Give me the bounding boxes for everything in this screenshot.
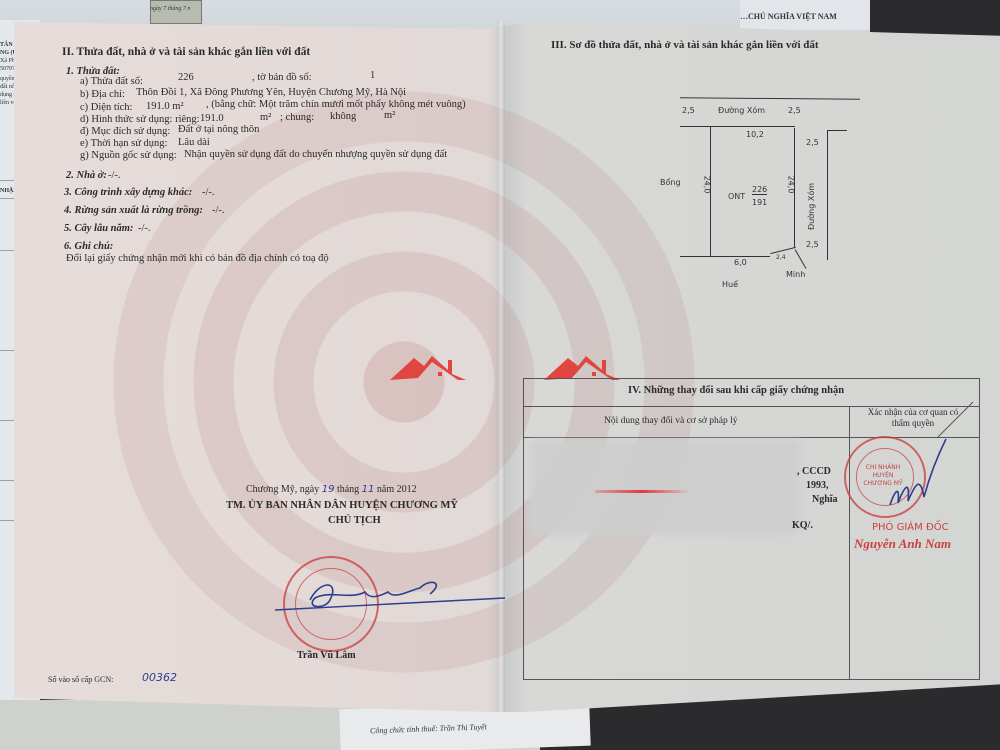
issue-place-date: Chương Mỹ, ngày 19 tháng 11 năm 2012 (246, 484, 417, 496)
paper-stub (150, 0, 202, 24)
month-label: tháng (337, 484, 359, 495)
change-fragment: 1993, (806, 480, 829, 492)
purpose-label: đ) Mục đích sử dụng: (80, 126, 170, 138)
perennial-trees-label: 5. Cây lâu năm: (64, 223, 133, 235)
redacted-area (530, 440, 800, 535)
top-right-header: …CHỦ NGHĨA VIỆT NAM (740, 12, 837, 21)
house-label: 2. Nhà ở: (66, 170, 107, 182)
section2-title: II. Thửa đất, nhà ở và tài sản khác gắn … (62, 46, 310, 58)
strike-line (935, 400, 975, 440)
address-label: b) Địa chỉ: (80, 89, 125, 101)
signature (270, 570, 510, 620)
top-date: ngày 7 tháng 7 n (150, 6, 190, 12)
perennial-trees-value: -/-. (138, 223, 151, 235)
usage-shared-label: ; chung: (280, 112, 314, 124)
section3-title: III. Sơ đồ thửa đất, nhà ở và tài sản kh… (551, 39, 819, 51)
side-road-edge (827, 130, 828, 260)
diagram-parcel-area: 191 (752, 198, 767, 207)
left-edge-length: 24,0 (702, 176, 711, 194)
neighbor-left: Bổng (660, 178, 681, 187)
area-value: 191.0 m² (146, 101, 184, 113)
diagram-parcel-number: 226 (752, 185, 767, 195)
origin-value: Nhận quyền sử dụng đất do chuyển nhượng … (184, 149, 447, 161)
notes-label: 6. Ghi chú: (64, 241, 113, 253)
issue-month: 11 (362, 484, 375, 495)
issue-day: 19 (322, 484, 335, 495)
signer-position: CHỦ TỊCH (328, 515, 381, 527)
changes-column-header: Nội dung thay đổi và cơ sở pháp lý (604, 415, 738, 427)
redaction-mark (595, 490, 690, 493)
confirm-signer: Nguyễn Anh Nam (854, 538, 951, 550)
confirm-position: PHÓ GIÁM ĐỐC (872, 522, 949, 534)
neighbor-bottom: Huế (722, 280, 738, 289)
map-sheet-number: 1 (370, 70, 375, 82)
section4-title: IV. Những thay đổi sau khi cấp giấy chứn… (628, 385, 844, 397)
corner-line (795, 249, 807, 269)
right-edge-length: 24,0 (786, 176, 795, 194)
signer-name: Trần Vũ Lâm (297, 650, 356, 662)
planted-forest-label: 4. Rừng sản xuất là rừng trồng: (64, 205, 203, 217)
change-fragment: , CCCD (797, 466, 831, 478)
parcel-number: 226 (178, 72, 194, 84)
neighbor-bottom-right: Minh (786, 270, 805, 279)
house-roof-icon (388, 352, 468, 382)
issuing-authority: TM. ỦY BAN NHÂN DÂN HUYỆN CHƯƠNG MỸ (226, 500, 458, 512)
address-value: Thôn Đồi 1, Xã Đông Phương Yên, Huyện Ch… (136, 87, 406, 99)
land-use-code: ONT (728, 192, 745, 201)
parcel-diagram: 2,5 Đường Xóm 2,5 10,2 2,5 24,0 24,0 Bổn… (660, 90, 860, 290)
notes-value: Đổi lại giấy chứng nhận mới khi có bản đ… (66, 253, 329, 265)
register-label: Số vào sổ cấp GCN: (48, 674, 113, 686)
term-value: Lâu dài (178, 137, 210, 149)
side-road-label: Đường Xóm (807, 183, 816, 230)
area-label: c) Diện tích: (80, 102, 132, 114)
register-number: 00362 (142, 672, 177, 684)
parcel-bottom-edge (680, 256, 770, 257)
side-road-width-bottom: 2,5 (806, 240, 819, 249)
road-width-label: 2,5 (682, 106, 695, 115)
other-construction-value: -/-. (202, 187, 215, 199)
top-road-label: Đường Xóm (718, 106, 765, 115)
side-road-top (827, 130, 847, 131)
issue-year: năm 2012 (377, 484, 417, 495)
usage-shared-value: không (330, 111, 356, 123)
parcel-top-edge (680, 126, 795, 127)
underlying-paper-top-right: …CHỦ NGHĨA VIỆT NAM (740, 0, 870, 30)
side-road-width-top: 2,5 (806, 138, 819, 147)
usage-unit: m² (260, 112, 271, 124)
purpose-value: Đất ở tại nông thôn (178, 124, 259, 136)
confirmation-signature (880, 435, 950, 515)
origin-label: g) Nguồn gốc sử dụng: (80, 150, 177, 162)
change-fragment: Nghĩa (812, 494, 838, 506)
area-in-words: , (bằng chữ: Một trăm chín mươi mốt phẩy… (206, 99, 466, 111)
corner-edge-length: 2,4 (776, 254, 786, 261)
change-fragment: KQ/. (792, 520, 813, 532)
usage-unit-2: m² (384, 110, 395, 122)
road-width-label: 2,5 (788, 106, 801, 115)
house-value: -/-. (108, 170, 121, 182)
top-edge-length: 10,2 (746, 130, 764, 139)
bottom-edge-length: 6,0 (734, 258, 747, 267)
map-sheet-label: , tờ bản đồ số: (252, 72, 312, 84)
planted-forest-value: -/-. (212, 205, 225, 217)
road-edge-line (680, 97, 860, 100)
tax-officer: Công chức tính thuế: Trần Thị Tuyết (370, 722, 487, 735)
other-construction-label: 3. Công trình xây dựng khác: (64, 187, 192, 199)
parcel-number-label: a) Thửa đất số: (80, 76, 143, 88)
date-prefix: Chương Mỹ, ngày (246, 484, 319, 495)
term-label: e) Thời hạn sử dụng: (80, 138, 167, 150)
